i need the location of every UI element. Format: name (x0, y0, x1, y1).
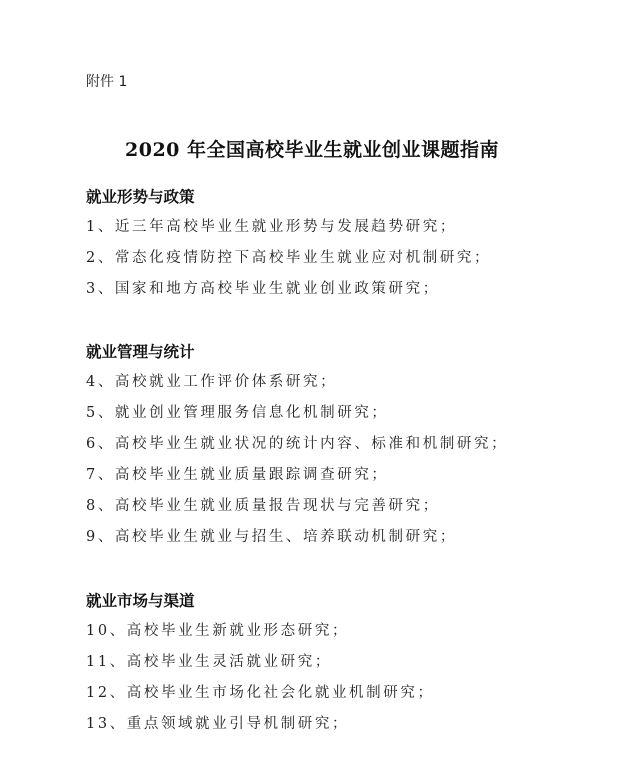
topic-item: 13、重点领域就业引导机制研究； (86, 714, 349, 734)
topic-item: 7、高校毕业生就业质量跟踪调查研究； (86, 465, 389, 485)
section-heading-employment-management-statistics: 就业管理与统计 (86, 342, 195, 362)
topic-item: 9、高校毕业生就业与招生、培养联动机制研究； (86, 527, 457, 547)
attachment-label: 附件 1 (86, 73, 127, 91)
topic-item: 4、高校就业工作评价体系研究； (86, 372, 337, 392)
document-page: 附件 1 2020 年全国高校毕业生就业创业课题指南 就业形势与政策 1、近三年… (0, 0, 624, 770)
topic-item: 5、就业创业管理服务信息化机制研究； (86, 403, 389, 423)
topic-item: 3、国家和地方高校毕业生就业创业政策研究； (86, 279, 440, 299)
section-heading-employment-situation-policy: 就业形势与政策 (86, 187, 195, 207)
topic-item: 1、近三年高校毕业生就业形势与发展趋势研究； (86, 217, 457, 237)
document-title: 2020 年全国高校毕业生就业创业课题指南 (0, 137, 624, 163)
topic-item: 10、高校毕业生新就业形态研究； (86, 621, 349, 641)
section-heading-employment-market-channels: 就业市场与渠道 (86, 591, 195, 611)
topic-item: 12、高校毕业生市场化社会化就业机制研究； (86, 683, 435, 703)
topic-item: 11、高校毕业生灵活就业研究； (86, 652, 332, 672)
topic-item: 8、高校毕业生就业质量报告现状与完善研究； (86, 496, 440, 516)
topic-item: 6、高校毕业生就业状况的统计内容、标准和机制研究； (86, 434, 508, 454)
topic-item: 2、常态化疫情防控下高校毕业生就业应对机制研究； (86, 248, 491, 268)
